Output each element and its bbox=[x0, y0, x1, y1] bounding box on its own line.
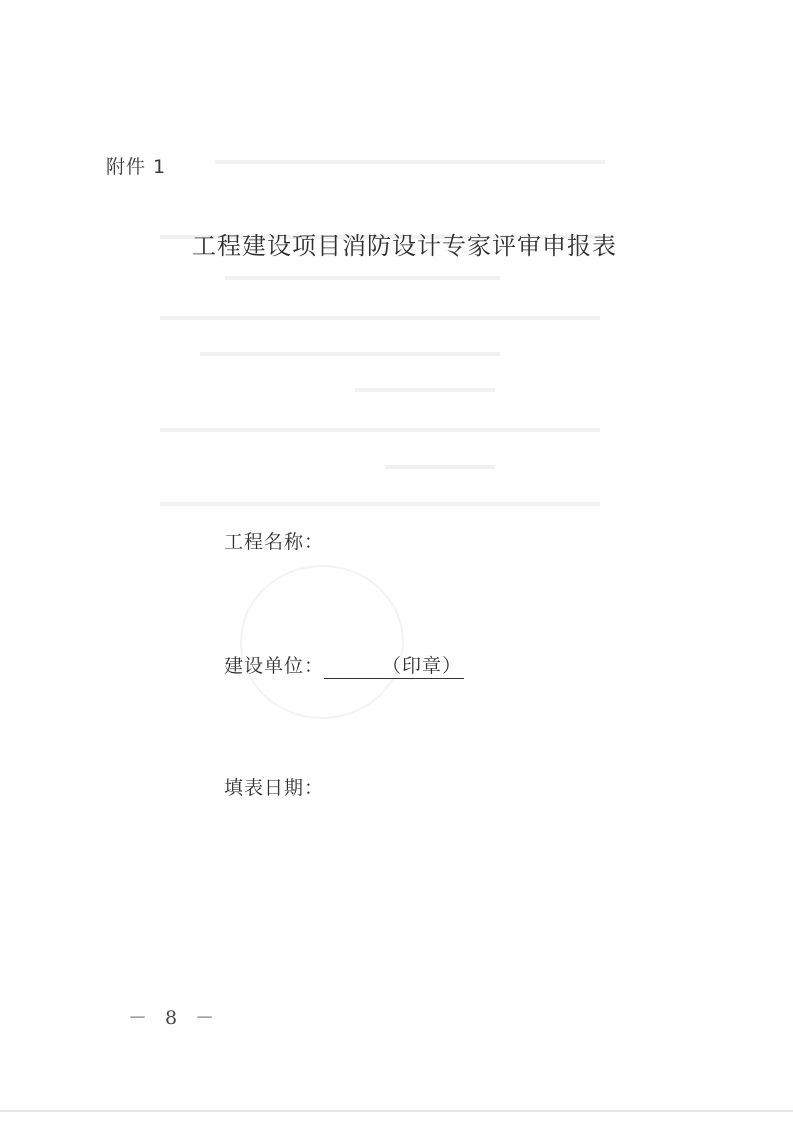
bleed-through-line bbox=[225, 276, 500, 280]
attachment-label: 附件 1 bbox=[106, 152, 166, 179]
field-label: 工程名称： bbox=[224, 531, 324, 553]
page-bottom-edge bbox=[0, 1110, 793, 1112]
seal-suffix: （印章） bbox=[382, 655, 462, 677]
field-label: 填表日期： bbox=[224, 777, 324, 799]
field-fill-date: 填表日期： bbox=[224, 773, 324, 800]
page-number: － 8 － bbox=[128, 1003, 220, 1030]
field-label: 建设单位： bbox=[224, 655, 324, 677]
faint-stamp-imprint bbox=[240, 565, 404, 719]
construction-unit-blank[interactable]: （印章） bbox=[324, 651, 464, 679]
bleed-through-line bbox=[215, 160, 605, 164]
bleed-through-line bbox=[160, 502, 600, 506]
field-construction-unit: 建设单位：（印章） bbox=[224, 651, 464, 679]
bleed-through-line bbox=[355, 388, 495, 392]
document-title: 工程建设项目消防设计专家评审申报表 bbox=[0, 226, 793, 261]
bleed-through-line bbox=[200, 352, 500, 356]
bleed-through-line bbox=[385, 465, 495, 469]
bleed-through-line bbox=[160, 316, 600, 320]
bleed-through-line bbox=[160, 428, 600, 432]
document-title-text: 工程建设项目消防设计专家评审申报表 bbox=[192, 232, 617, 260]
field-project-name: 工程名称： bbox=[224, 527, 324, 554]
